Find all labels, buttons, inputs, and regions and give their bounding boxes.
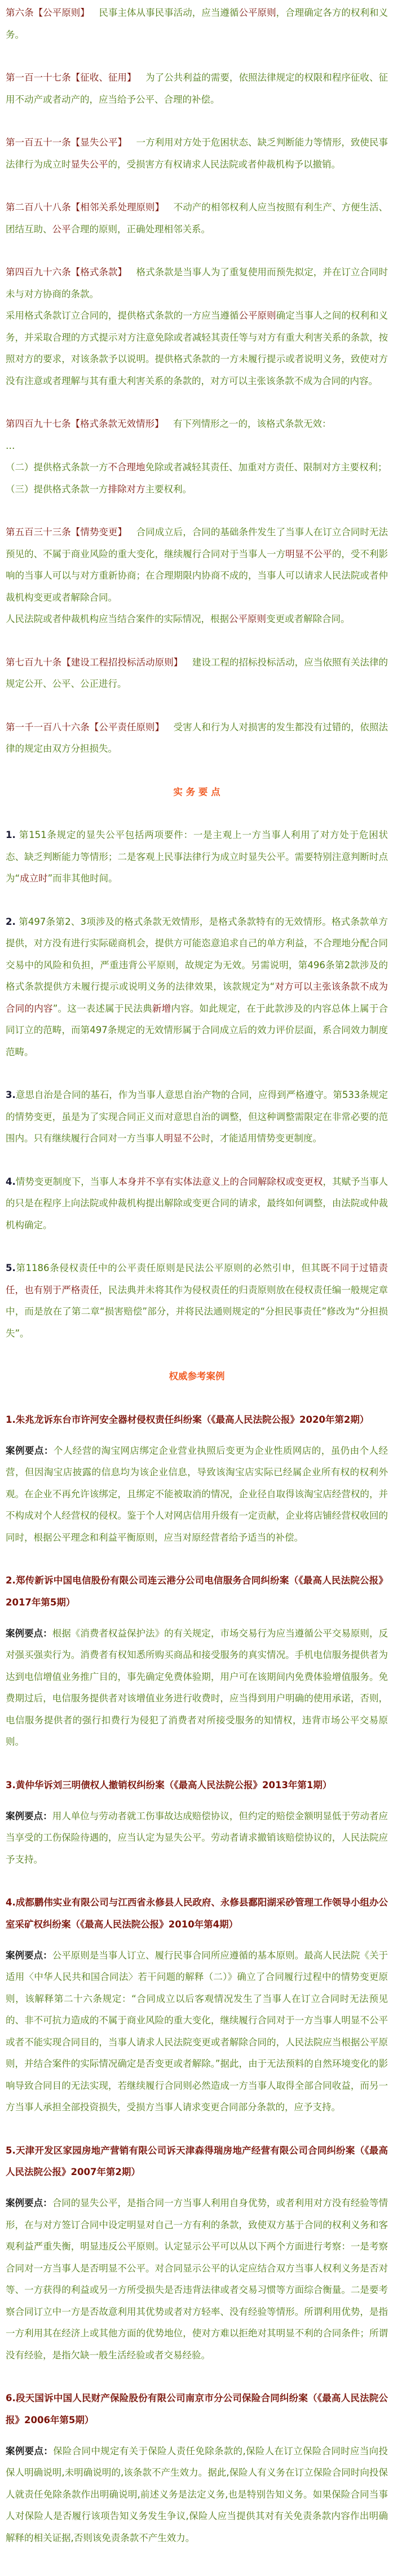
article-block: 第一千一百八十六条【公平责任原则】 受害人和行为人对损害的发生都没有过错的，依照…: [6, 717, 388, 760]
case-item: 2.郑传新诉中国电信股份有限公司连云港分公司电信服务合同纠纷案（《最高人民法院公…: [6, 1570, 388, 1753]
case-item: 6.段天国诉中国人民财产保险股份有限公司南京市分公司保险合同纠纷案（《最高人民法…: [6, 2388, 388, 2549]
case-summary: 案例要点：根据《消费者权益保护法》的有关规定，市场交易行为应当遵循公平交易原则，…: [6, 1623, 388, 1753]
article-block: 第一百五十一条【显失公平】 一方利用对方处于危困状态、缺乏判断能力等情形，致使民…: [6, 132, 388, 175]
highlight-text: 明显不公: [164, 1133, 201, 1144]
body-text: 确定当事人之间的权利和义务，并采取合理的方式提示对方注意免除或者减轻其责任等与对…: [6, 310, 388, 386]
article-block: 第一百一十七条【征收、征用】 为了公共利益的需要，依照法律规定的权限和程序征收、…: [6, 67, 388, 111]
article-subparagraph: 采用格式条款订立合同的，提供格式条款的一方应当遵循公平原则确定当事人之间的权利和…: [6, 305, 388, 392]
highlight-text: 本身并不享有实体法意义上的合同解除权或变更权: [118, 1176, 323, 1187]
case-points-label: 案例要点：: [6, 1628, 52, 1639]
body-text: 变更或者解除合同。: [266, 614, 350, 624]
case-summary-text: 合同的显失公平，是指合同一方当事人利用自身优势，或者利用对方没有经验等情形，在与…: [6, 2198, 388, 2361]
practice-paragraph: 5.第1186条侵权责任中的公平责任原则是民法公平原则的必然引申，但其既不同于过…: [6, 1258, 388, 1344]
body-text: 有下列情形之一的，该格式条款无效：: [173, 418, 332, 429]
article-paragraph: 第一百五十一条【显失公平】 一方利用对方处于危困状态、缺乏判断能力等情形，致使民…: [6, 132, 388, 175]
case-points-label: 案例要点：: [6, 2198, 52, 2208]
highlight-text: 排除对方: [108, 484, 145, 495]
point-number: 3.: [6, 1089, 16, 1100]
article-paragraph: 第六条【公平原则】 民事主体从事民事活动，应当遵循公平原则，合理确定各方的权利和…: [6, 2, 388, 46]
article-paragraph: 第四百九十七条【格式条款无效情形】 有下列情形之一的，该格式条款无效：: [6, 413, 388, 435]
article-paragraph: 第七百九十条【建设工程招投标活动原则】 建设工程的招标投标活动，应当依照有关法律…: [6, 652, 388, 695]
case-points-label: 案例要点：: [6, 1445, 54, 1456]
body-text: 主要权利。: [145, 484, 192, 495]
article-block: 第二百八十八条【相邻关系处理原则】 不动产的相邻权利人应当按照有利生产、方便生活…: [6, 197, 388, 240]
case-summary-text: 保险合同中规定有关于保险人责任免除条款的,保险人在订立保险合同时应当向投保人明确…: [6, 2446, 388, 2543]
practice-point: 5.第1186条侵权责任中的公平责任原则是民法公平原则的必然引申，但其既不同于过…: [6, 1258, 388, 1344]
case-title: 2.郑传新诉中国电信股份有限公司连云港分公司电信服务合同纠纷案（《最高人民法院公…: [6, 1570, 388, 1613]
body-text: 第497条第2、3项涉及的格式条款无效情形，是格式条款特有的无效情形。格式条款单…: [6, 916, 388, 993]
case-points-label: 案例要点：: [6, 1950, 52, 1961]
practice-point: 3.意思自治是合同的基石，作为当事人意思自治产物的合同，应得到严格遵守。第533…: [6, 1084, 388, 1150]
case-summary-text: 公平原则是当事人订立、履行民事合同所应遵循的基本原则。最高人民法院《关于适用〈中…: [6, 1950, 388, 2113]
case-item: 3.黄仲华诉刘三明债权人撤销权纠纷案（《最高人民法院公报》2013年第1期）案例…: [6, 1775, 388, 1871]
body-text: 的，受损害方有权请求人民法院或者仲裁机构予以撤销。: [108, 159, 341, 170]
body-text: 免除或者减轻其责任、加重对方责任、限制对方主要权利；: [145, 462, 387, 473]
case-summary-text: 根据《消费者权益保护法》的有关规定，市场交易行为应当遵循公平交易原则，反对强买强…: [6, 1628, 388, 1748]
body-text: 人民法院或者仲裁机构应当结合案件的实际情况，根据: [6, 614, 229, 624]
case-title: 6.段天国诉中国人民财产保险股份有限公司南京市分公司保险合同纠纷案（《最高人民法…: [6, 2388, 388, 2431]
highlight-text: 新增: [152, 1003, 171, 1014]
article-paragraph: 第五百三十三条【情势变更】 合同成立后，合同的基础条件发生了当事人在订立合同时无…: [6, 522, 388, 608]
practice-paragraph: 2. 第497条第2、3项涉及的格式条款无效情形，是格式条款特有的无效情形。格式…: [6, 911, 388, 1064]
case-title: 5.天津开发区家园房地产营销有限公司诉天津森得瑞房地产经营有限公司合同纠纷案（《…: [6, 2140, 388, 2184]
case-summary-text: 用人单位与劳动者就工伤事故达成赔偿协议，但约定的赔偿金额明显低于劳动者应当享受的…: [6, 1811, 388, 1865]
article-paragraph: 第二百八十八条【相邻关系处理原则】 不动产的相邻权利人应当按照有利生产、方便生活…: [6, 197, 388, 240]
article-title: 第四百九十七条【格式条款无效情形】: [6, 418, 164, 429]
practice-point: 4.情势变更制度下，当事人本身并不享有实体法意义上的合同解除权或变更权，其赋予当…: [6, 1171, 388, 1237]
article-subparagraph: 人民法院或者仲裁机构应当结合案件的实际情况，根据公平原则变更或者解除合同。: [6, 608, 388, 630]
case-summary-text: 个人经营的淘宝网店绑定企业营业执照后变更为企业性质网店的，虽仍由个人经营，但因淘…: [6, 1445, 388, 1543]
article-block: 第五百三十三条【情势变更】 合同成立后，合同的基础条件发生了当事人在订立合同时无…: [6, 522, 388, 630]
case-item: 4.成都鹏伟实业有限公司与江西省永修县人民政府、永修县鄱阳湖采砂管理工作领导小组…: [6, 1892, 388, 2119]
article-block: 第六条【公平原则】 民事主体从事民事活动，应当遵循公平原则，合理确定各方的权利和…: [6, 2, 388, 46]
article-paragraph: 第一千一百八十六条【公平责任原则】 受害人和行为人对损害的发生都没有过错的，依照…: [6, 717, 388, 760]
article-block: 第四百九十七条【格式条款无效情形】 有下列情形之一的，该格式条款无效：…（二）提…: [6, 413, 388, 500]
practice-points-list: 1. 第151条规定的显失公平包括两项要件：一是主观上一方当事人利用了对方处于危…: [6, 824, 388, 1344]
article-subparagraph: …: [6, 435, 388, 457]
practice-point: 2. 第497条第2、3项涉及的格式条款无效情形，是格式条款特有的无效情形。格式…: [6, 911, 388, 1064]
point-number: 5.: [6, 1263, 16, 1273]
body-text: （三）提供格式条款一方: [6, 484, 108, 495]
article-title: 第七百九十条【建设工程招投标活动原则】: [6, 657, 183, 668]
document-page: 第六条【公平原则】 民事主体从事民事活动，应当遵循公平原则，合理确定各方的权利和…: [0, 0, 393, 2576]
case-title: 4.成都鹏伟实业有限公司与江西省永修县人民政府、永修县鄱阳湖采砂管理工作领导小组…: [6, 1892, 388, 1935]
body-text: ”而非其他时间。: [48, 873, 118, 884]
reference-cases-list: 1.朱兆龙诉东台市许河安全器材侵权责任纠纷案（《最高人民法院公报》2020年第2…: [6, 1409, 388, 2549]
case-summary: 案例要点：合同的显失公平，是指合同一方当事人利用自身优势，或者利用对方没有经验等…: [6, 2193, 388, 2366]
highlight-text: 明显不公平: [285, 549, 332, 559]
practice-paragraph: 4.情势变更制度下，当事人本身并不享有实体法意义上的合同解除权或变更权，其赋予当…: [6, 1171, 388, 1237]
case-points-label: 案例要点：: [6, 1811, 52, 1821]
article-title: 第二百八十八条【相邻关系处理原则】: [6, 202, 164, 213]
practice-paragraph: 1. 第151条规定的显失公平包括两项要件：一是主观上一方当事人利用了对方处于危…: [6, 824, 388, 890]
body-text: （二）提供格式条款一方: [6, 462, 108, 473]
body-text: 合理的原则，正确处理相邻关系。: [71, 224, 211, 235]
body-text: ”。这一表述属于民法典: [53, 1003, 152, 1014]
cases-section-heading: 权威参考案例: [6, 1366, 388, 1388]
article-paragraph: 第一百一十七条【征收、征用】 为了公共利益的需要，依照法律规定的权限和程序征收、…: [6, 67, 388, 111]
body-text: 采用格式条款订立合同的，提供格式条款的一方应当遵循: [6, 310, 239, 321]
article-title: 第一百一十七条【征收、征用】: [6, 72, 136, 83]
case-summary: 案例要点：公平原则是当事人订立、履行民事合同所应遵循的基本原则。最高人民法院《关…: [6, 1945, 388, 2119]
practice-paragraph: 3.意思自治是合同的基石，作为当事人意思自治产物的合同，应得到严格遵守。第533…: [6, 1084, 388, 1150]
article-subparagraph: （二）提供格式条款一方不合理地免除或者减轻其责任、加重对方责任、限制对方主要权利…: [6, 457, 388, 479]
point-number: 1.: [6, 830, 16, 840]
body-text: 民事主体从事民事活动，应当遵循: [99, 7, 239, 18]
case-summary: 案例要点：个人经营的淘宝网店绑定企业营业执照后变更为企业性质网店的，虽仍由个人经…: [6, 1440, 388, 1549]
case-summary: 案例要点：保险合同中规定有关于保险人责任免除条款的,保险人在订立保险合同时应当向…: [6, 2441, 388, 2549]
case-points-label: 案例要点：: [6, 2446, 53, 2456]
highlight-text: 公平原则: [239, 7, 276, 18]
article-subparagraph: （三）提供格式条款一方排除对方主要权利。: [6, 479, 388, 501]
article-title: 第一千一百八十六条【公平责任原则】: [6, 722, 164, 733]
highlight-text: 成立时: [20, 873, 48, 884]
highlight-text: 显失公平: [71, 159, 108, 170]
highlight-text: 公平原则: [239, 310, 276, 321]
practice-point: 1. 第151条规定的显失公平包括两项要件：一是主观上一方当事人利用了对方处于危…: [6, 824, 388, 890]
body-text: 第1186条侵权责任中的公平责任原则是民法公平原则的必然引申，但其: [16, 1263, 321, 1273]
body-text: 时，才能适用情势变更制度。: [201, 1133, 323, 1144]
article-paragraph: 第四百九十六条【格式条款】 格式条款是当事人为了重复使用而预先拟定，并在订立合同…: [6, 262, 388, 305]
article-block: 第七百九十条【建设工程招投标活动原则】 建设工程的招标投标活动，应当依照有关法律…: [6, 652, 388, 695]
case-summary: 案例要点：用人单位与劳动者就工伤事故达成赔偿协议，但约定的赔偿金额明显低于劳动者…: [6, 1806, 388, 1871]
practice-section-heading: 实 务 要 点: [6, 782, 388, 804]
article-list: 第六条【公平原则】 民事主体从事民事活动，应当遵循公平原则，合理确定各方的权利和…: [6, 2, 388, 760]
case-item: 5.天津开发区家园房地产营销有限公司诉天津森得瑞房地产经营有限公司合同纠纷案（《…: [6, 2140, 388, 2367]
case-title: 1.朱兆龙诉东台市许河安全器材侵权责任纠纷案（《最高人民法院公报》2020年第2…: [6, 1409, 388, 1431]
article-title: 第六条【公平原则】: [6, 7, 90, 18]
point-number: 4.: [6, 1176, 16, 1187]
article-title: 第五百三十三条【情势变更】: [6, 527, 127, 537]
point-number: 2.: [6, 916, 16, 927]
article-title: 第四百九十六条【格式条款】: [6, 267, 127, 277]
article-block: 第四百九十六条【格式条款】 格式条款是当事人为了重复使用而预先拟定，并在订立合同…: [6, 262, 388, 392]
body-text: 情势变更制度下，当事人: [16, 1176, 118, 1187]
highlight-text: 公平: [52, 224, 71, 235]
article-title: 第一百五十一条【显失公平】: [6, 137, 127, 148]
case-item: 1.朱兆龙诉东台市许河安全器材侵权责任纠纷案（《最高人民法院公报》2020年第2…: [6, 1409, 388, 1549]
highlight-text: 公平原则: [229, 614, 266, 624]
case-title: 3.黄仲华诉刘三明债权人撤销权纠纷案（《最高人民法院公报》2013年第1期）: [6, 1775, 388, 1797]
highlight-text: 不合理地: [108, 462, 145, 473]
body-text: …: [6, 440, 15, 451]
